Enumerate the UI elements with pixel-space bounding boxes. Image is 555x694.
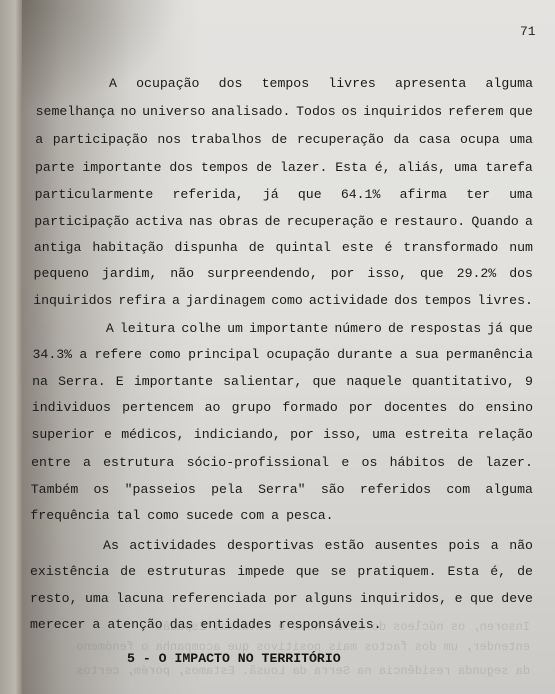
text-line: Aocupaçãodostemposlivresapresentaalguma: [109, 76, 533, 91]
text-line: aparticipaçãonostrabalhosderecuperaçãoda…: [35, 132, 533, 147]
text-line: semelhançanouniversoanalisado.Todososinq…: [36, 104, 533, 119]
text-line: naSerra.Eimportantesalientar,quenaqueleq…: [32, 374, 533, 389]
text-line: pequenojardim,nãosurpreendendo,porisso,q…: [34, 266, 533, 281]
text-line: frequênciatalcomosucedecomapesca.: [30, 508, 533, 523]
text-line: particularmentereferida,jáque64.1%afirma…: [35, 187, 533, 202]
text-line: existênciadeestruturasimpedequesepratiqu…: [30, 564, 533, 579]
text-line: parteimportantedostemposdelazer.Estaé,al…: [35, 160, 533, 175]
text-line: inquiridosrefiraajardinagemcomoactividad…: [33, 293, 533, 308]
text-line: Aleituracolheumimportantenúmeroderespost…: [106, 321, 533, 336]
bleed-through-text: da segunda residência na Serra da Lousã.…: [30, 664, 530, 678]
text-line: antigahabitaçãodispunhadequintalesteétra…: [34, 240, 533, 255]
page-number: 71: [520, 24, 536, 39]
text-line: participaçãoactivanasobrasderecuperaçãoe…: [34, 214, 533, 229]
text-line: Asactividadesdesportivasestãoausentespoi…: [103, 538, 533, 553]
text-line: mereceraatençãodasentidadesresponsáveis.: [30, 617, 533, 632]
page-shadow: [22, 0, 182, 110]
text-line: entreaestruturasócio-profissionaleoshábi…: [31, 455, 533, 470]
text-line: superioremédicos,indiciando,porisso,umae…: [31, 427, 533, 442]
text-line: resto,umalacunareferenciadaporalgunsinqu…: [30, 591, 533, 606]
text-line: individuospertencemaogrupoformadopordoce…: [32, 400, 533, 415]
text-line: 34.3%areferecomoprincipalocupaçãodurante…: [33, 347, 534, 362]
text-line: Tambémos"passeiospelaSerra"sãoreferidosc…: [31, 482, 533, 497]
book-binding-gutter: [0, 0, 22, 694]
section-heading: 5 - O IMPACTO NO TERRITÓRIO: [127, 651, 341, 666]
